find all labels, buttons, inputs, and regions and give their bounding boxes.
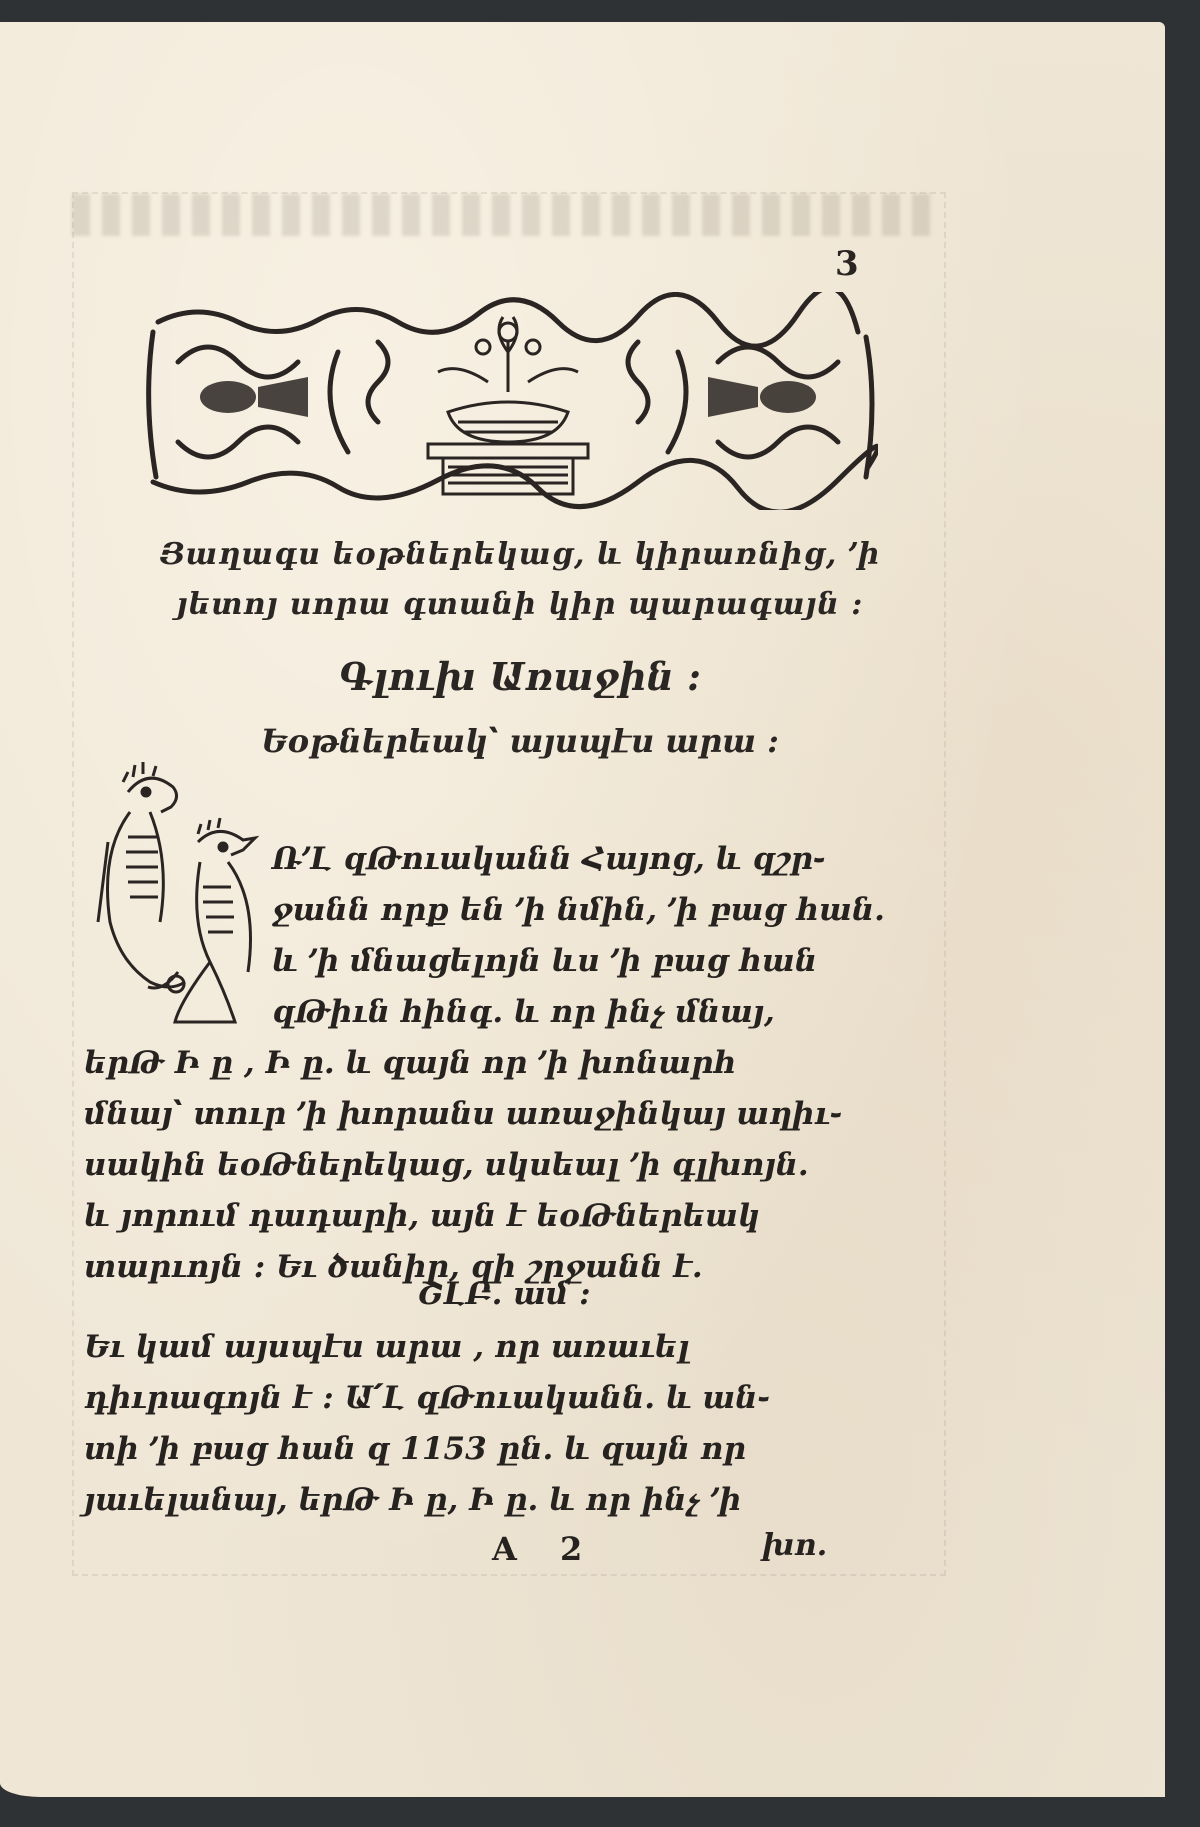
- text-line: և ՚ի մնացելոյն ևս ՚ի բաց հան: [272, 936, 885, 987]
- section-heading: Յաղագս եօթներեկաց, և կիրառնից, ՚ի յետոյ …: [140, 530, 900, 630]
- ornamental-vase-headpiece-icon: [138, 292, 878, 510]
- chapter-subtitle: Եօթներեակ՝ այսպէս արա :: [140, 722, 900, 760]
- catchword: խո.: [762, 1528, 827, 1563]
- text-line: սակին եօԹներեկաց, սկսեալ ՚ի գլխոյն.: [84, 1140, 842, 1191]
- body-paragraph-2: Եւ կամ այսպէս արա , որ առաւել դիւրագոյն …: [84, 1322, 770, 1526]
- text-line: յաւելանայ, երԹ Ի ը, Ի ը. և որ ինչ ՚ի: [84, 1475, 770, 1526]
- two-birds-initial-icon: [88, 762, 268, 1034]
- text-line: և յորում դադարի, այն է եօԹներեակ: [84, 1191, 842, 1242]
- text-line: ջանն որք են ՚ի նմին, ՚ի բաց հան.: [272, 885, 885, 936]
- heading-line: յետոյ սորա գտանի կիր պարագայն :: [140, 580, 900, 630]
- text-line: տի ՚ի բաց հան զ 1153 ըն. և զայն որ: [84, 1424, 770, 1475]
- chapter-title: Գլուխ Առաջին :: [140, 654, 900, 699]
- text-line: մնայ՝ տուր ՚ի խորանս առաջինկայ աղիւ֊: [84, 1089, 842, 1140]
- text-line: Եւ կամ այսպէս արա , որ առաւել: [84, 1322, 770, 1373]
- text-line: Ռ՚Լ զԹուականն Հայոց, և զշր֊: [272, 834, 885, 885]
- heading-line: Յաղագս եօթներեկաց, և կիրառնից, ՚ի: [140, 530, 900, 580]
- body-paragraph-1: երԹ Ի ը , Ի ը. և զայն որ ՚ի խոնարհ մնայ՝…: [84, 1038, 842, 1293]
- text-line: դիւրագոյն է : Ա՛Լ զԹուականն. և ան֊: [84, 1373, 770, 1424]
- text-line: երԹ Ի ը , Ի ը. և զայն որ ՚ի խոնարհ: [84, 1038, 842, 1089]
- book-page: 3: [0, 22, 1165, 1797]
- text-line: զԹիւն հինգ. և որ ինչ մնայ,: [272, 987, 885, 1038]
- page-number: 3: [835, 244, 859, 284]
- show-through-band: [72, 194, 932, 236]
- centered-line: ՇԼԲ. ամ :: [84, 1269, 924, 1320]
- body-paragraph-1-indented: Ռ՚Լ զԹուականն Հայոց, և զշր֊ ջանն որք են …: [272, 834, 885, 1038]
- signature-mark: A 2: [492, 1530, 598, 1568]
